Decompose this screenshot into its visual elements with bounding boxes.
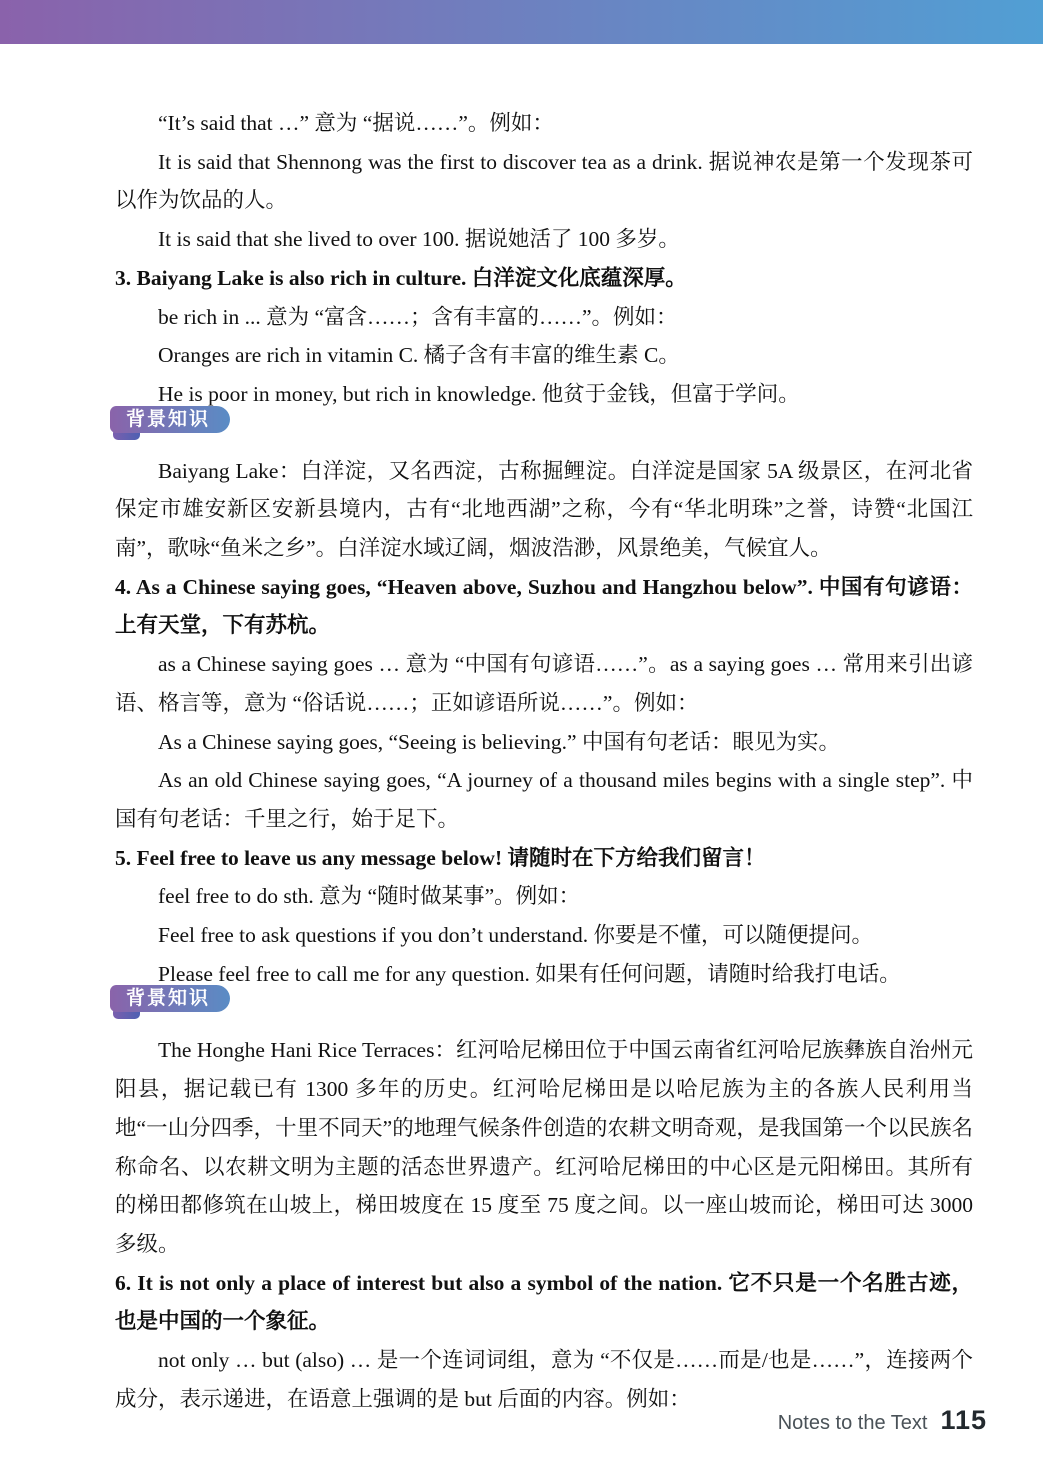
note-heading-4: 4. As a Chinese saying goes, “Heaven abo… — [115, 568, 973, 645]
usage-note-paragraph: as a Chinese saying goes … 意为 “中国有句谚语……”… — [115, 645, 973, 722]
note-heading-6: 6. It is not only a place of interest bu… — [115, 1264, 973, 1341]
footer-section-title: Notes to the Text — [778, 1412, 928, 1435]
background-info-paragraph: The Honghe Hani Rice Terraces：红河哈尼梯田位于中国… — [115, 1031, 973, 1263]
usage-note-paragraph: feel free to do sth. 意为 “随时做某事”。例如： — [115, 877, 973, 916]
page-footer: Notes to the Text 115 — [778, 1405, 987, 1436]
example-sentence: As an old Chinese saying goes, “A journe… — [115, 761, 973, 838]
background-info-paragraph: Baiyang Lake：白洋淀，又名西淀，古称掘鲤淀。白洋淀是国家 5A 级景… — [115, 452, 973, 568]
page-number: 115 — [940, 1405, 987, 1436]
example-sentence: As a Chinese saying goes, “Seeing is bel… — [115, 723, 973, 762]
background-knowledge-badge: 背景知识 — [110, 406, 230, 433]
example-sentence: It is said that she lived to over 100. 据… — [115, 220, 973, 259]
background-knowledge-badge-row: 背景知识 — [115, 414, 973, 452]
example-sentence: He is poor in money, but rich in knowled… — [115, 375, 973, 414]
background-knowledge-badge: 背景知识 — [110, 985, 230, 1012]
note-heading-5: 5. Feel free to leave us any message bel… — [115, 839, 973, 878]
textbook-page: “It’s said that …” 意为 “据说……”。例如： It is s… — [0, 0, 1043, 1474]
usage-note-paragraph: “It’s said that …” 意为 “据说……”。例如： — [115, 104, 973, 143]
example-sentence: It is said that Shennong was the first t… — [115, 143, 973, 220]
notes-content: “It’s said that …” 意为 “据说……”。例如： It is s… — [0, 44, 1043, 1419]
example-sentence: Feel free to ask questions if you don’t … — [115, 916, 973, 955]
example-sentence: Oranges are rich in vitamin C. 橘子含有丰富的维生… — [115, 336, 973, 375]
header-gradient-bar — [0, 0, 1043, 44]
background-knowledge-badge-row: 背景知识 — [115, 993, 973, 1031]
usage-note-paragraph: be rich in ... 意为 “富含……；含有丰富的……”。例如： — [115, 298, 973, 337]
note-heading-3: 3. Baiyang Lake is also rich in culture.… — [115, 259, 973, 298]
example-sentence: Please feel free to call me for any ques… — [115, 955, 973, 994]
